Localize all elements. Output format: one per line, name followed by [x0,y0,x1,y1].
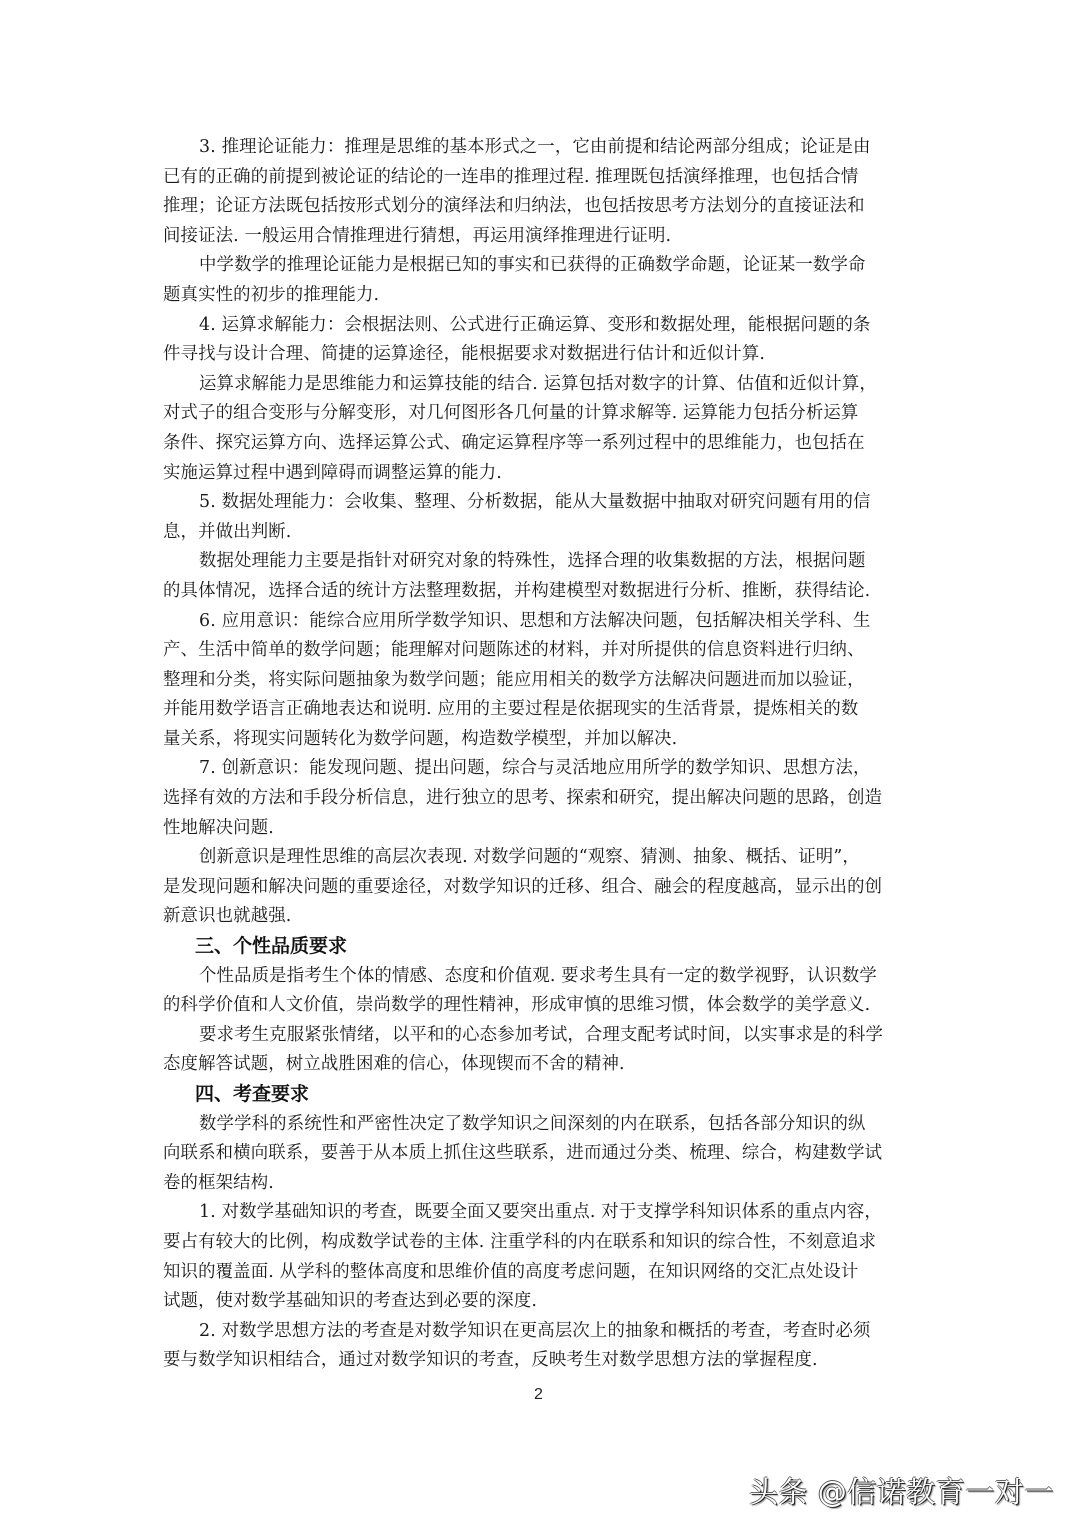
text-line: 要求考生克服紧张情绪，以平和的心态参加考试，合理支配考试时间，以实事求是的科学 [163,1021,923,1051]
paragraph: 2. 对数学思想方法的考查是对数学知识在更高层次上的抽象和概括的考查，考查时必须… [163,1317,923,1376]
text-line: 2. 对数学思想方法的考查是对数学知识在更高层次上的抽象和概括的考查，考查时必须 [163,1317,923,1347]
paragraph: 中学数学的推理论证能力是根据已知的事实和已获得的正确数学命题，论证某一数学命题真… [163,251,923,310]
text-line: 题真实性的初步的推理能力. [163,281,923,311]
text-line: 件寻找与设计合理、简捷的运算途径，能根据要求对数据进行估计和近似计算. [163,340,923,370]
paragraph: 运算求解能力是思维能力和运算技能的结合. 运算包括对数字的计算、估值和近似计算，… [163,370,923,488]
paragraph: 数据处理能力主要是指针对研究对象的特殊性，选择合理的收集数据的方法，根据问题的具… [163,547,923,606]
section-heading: 三、个性品质要求 [163,932,923,962]
section-heading: 四、考查要求 [163,1080,923,1110]
text-line: 条件、探究运算方向、选择运算公式、确定运算程序等一系列过程中的思维能力，也包括在 [163,429,923,459]
page-number: 2 [534,1386,543,1404]
text-line: 创新意识是理性思维的高层次表现. 对数学问题的“观察、猜测、抽象、概括、证明”， [163,843,923,873]
paragraph: 个性品质是指考生个体的情感、态度和价值观. 要求考生具有一定的数学视野，认识数学… [163,962,923,1021]
text-line: 已有的正确的前提到被论证的结论的一连串的推理过程. 推理既包括演绎推理，也包括合… [163,163,923,193]
text-line: 产、生活中简单的数学问题；能理解对问题陈述的材料，并对所提供的信息资料进行归纳、 [163,636,923,666]
text-line: 6. 应用意识：能综合应用所学数学知识、思想和方法解决问题，包括解决相关学科、生 [163,607,923,637]
text-line: 新意识也就越强. [163,902,923,932]
text-line: 运算求解能力是思维能力和运算技能的结合. 运算包括对数字的计算、估值和近似计算， [163,370,923,400]
text-line: 中学数学的推理论证能力是根据已知的事实和已获得的正确数学命题，论证某一数学命 [163,251,923,281]
text-line: 息，并做出判断. [163,518,923,548]
paragraph: 数学学科的系统性和严密性决定了数学知识之间深刻的内在联系，包括各部分知识的纵向联… [163,1110,923,1199]
text-line: 量关系，将现实问题转化为数学问题，构造数学模型，并加以解决. [163,725,923,755]
paragraph: 6. 应用意识：能综合应用所学数学知识、思想和方法解决问题，包括解决相关学科、生… [163,607,923,755]
paragraph: 1. 对数学基础知识的考查，既要全面又要突出重点. 对于支撑学科知识体系的重点内… [163,1198,923,1316]
text-line: 数学学科的系统性和严密性决定了数学知识之间深刻的内在联系，包括各部分知识的纵 [163,1110,923,1140]
text-line: 选择有效的方法和手段分析信息，进行独立的思考、探索和研究，提出解决问题的思路，创… [163,784,923,814]
text-line: 7. 创新意识：能发现问题、提出问题，综合与灵活地应用所学的数学知识、思想方法， [163,754,923,784]
text-line: 并能用数学语言正确地表达和说明. 应用的主要过程是依据现实的生活背景，提炼相关的… [163,695,923,725]
text-line: 试题，使对数学基础知识的考查达到必要的深度. [163,1287,923,1317]
text-line: 性地解决问题. [163,814,923,844]
text-line: 3. 推理论证能力：推理是思维的基本形式之一，它由前提和结论两部分组成；论证是由 [163,133,923,163]
paragraph: 创新意识是理性思维的高层次表现. 对数学问题的“观察、猜测、抽象、概括、证明”，… [163,843,923,932]
watermark: 头条 @信诺教育一对一 [749,1470,1054,1511]
paragraph: 要求考生克服紧张情绪，以平和的心态参加考试，合理支配考试时间，以实事求是的科学态… [163,1021,923,1080]
text-line: 要占有较大的比例，构成数学试卷的主体. 注重学科的内在联系和知识的综合性，不刻意… [163,1228,923,1258]
paragraph: 3. 推理论证能力：推理是思维的基本形式之一，它由前提和结论两部分组成；论证是由… [163,133,923,251]
text-line: 1. 对数学基础知识的考查，既要全面又要突出重点. 对于支撑学科知识体系的重点内… [163,1198,923,1228]
paragraph: 7. 创新意识：能发现问题、提出问题，综合与灵活地应用所学的数学知识、思想方法，… [163,754,923,843]
text-line: 对式子的组合变形与分解变形，对几何图形各几何量的计算求解等. 运算能力包括分析运… [163,399,923,429]
paragraph: 4. 运算求解能力：会根据法则、公式进行正确运算、变形和数据处理，能根据问题的条… [163,311,923,370]
text-line: 间接证法. 一般运用合情推理进行猜想，再运用演绎推理进行证明. [163,222,923,252]
text-line: 知识的覆盖面. 从学科的整体高度和思维价值的高度考虑问题，在知识网络的交汇点处设… [163,1258,923,1288]
text-line: 4. 运算求解能力：会根据法则、公式进行正确运算、变形和数据处理，能根据问题的条 [163,311,923,341]
text-line: 5. 数据处理能力：会收集、整理、分析数据，能从大量数据中抽取对研究问题有用的信 [163,488,923,518]
text-line: 是发现问题和解决问题的重要途径，对数学知识的迁移、组合、融会的程度越高，显示出的… [163,873,923,903]
text-line: 向联系和横向联系，要善于从本质上抓住这些联系，进而通过分类、梳理、综合，构建数学… [163,1139,923,1169]
text-line: 的科学价值和人文价值，崇尚数学的理性精神，形成审慎的思维习惯，体会数学的美学意义… [163,991,923,1021]
text-line: 实施运算过程中遇到障碍而调整运算的能力. [163,459,923,489]
paragraph: 5. 数据处理能力：会收集、整理、分析数据，能从大量数据中抽取对研究问题有用的信… [163,488,923,547]
text-line: 整理和分类，将实际问题抽象为数学问题；能应用相关的数学方法解决问题进而加以验证， [163,666,923,696]
text-line: 推理；论证方法既包括按形式划分的演绎法和归纳法，也包括按思考方法划分的直接证法和 [163,192,923,222]
text-line: 要与数学知识相结合，通过对数学知识的考查，反映考生对数学思想方法的掌握程度. [163,1346,923,1376]
text-line: 数据处理能力主要是指针对研究对象的特殊性，选择合理的收集数据的方法，根据问题 [163,547,923,577]
text-line: 的具体情况，选择合适的统计方法整理数据，并构建模型对数据进行分析、推断，获得结论… [163,577,923,607]
text-line: 态度解答试题，树立战胜困难的信心，体现锲而不舍的精神. [163,1050,923,1080]
document-page: 3. 推理论证能力：推理是思维的基本形式之一，它由前提和结论两部分组成；论证是由… [163,133,923,1376]
text-line: 个性品质是指考生个体的情感、态度和价值观. 要求考生具有一定的数学视野，认识数学 [163,962,923,992]
text-line: 卷的框架结构. [163,1169,923,1199]
